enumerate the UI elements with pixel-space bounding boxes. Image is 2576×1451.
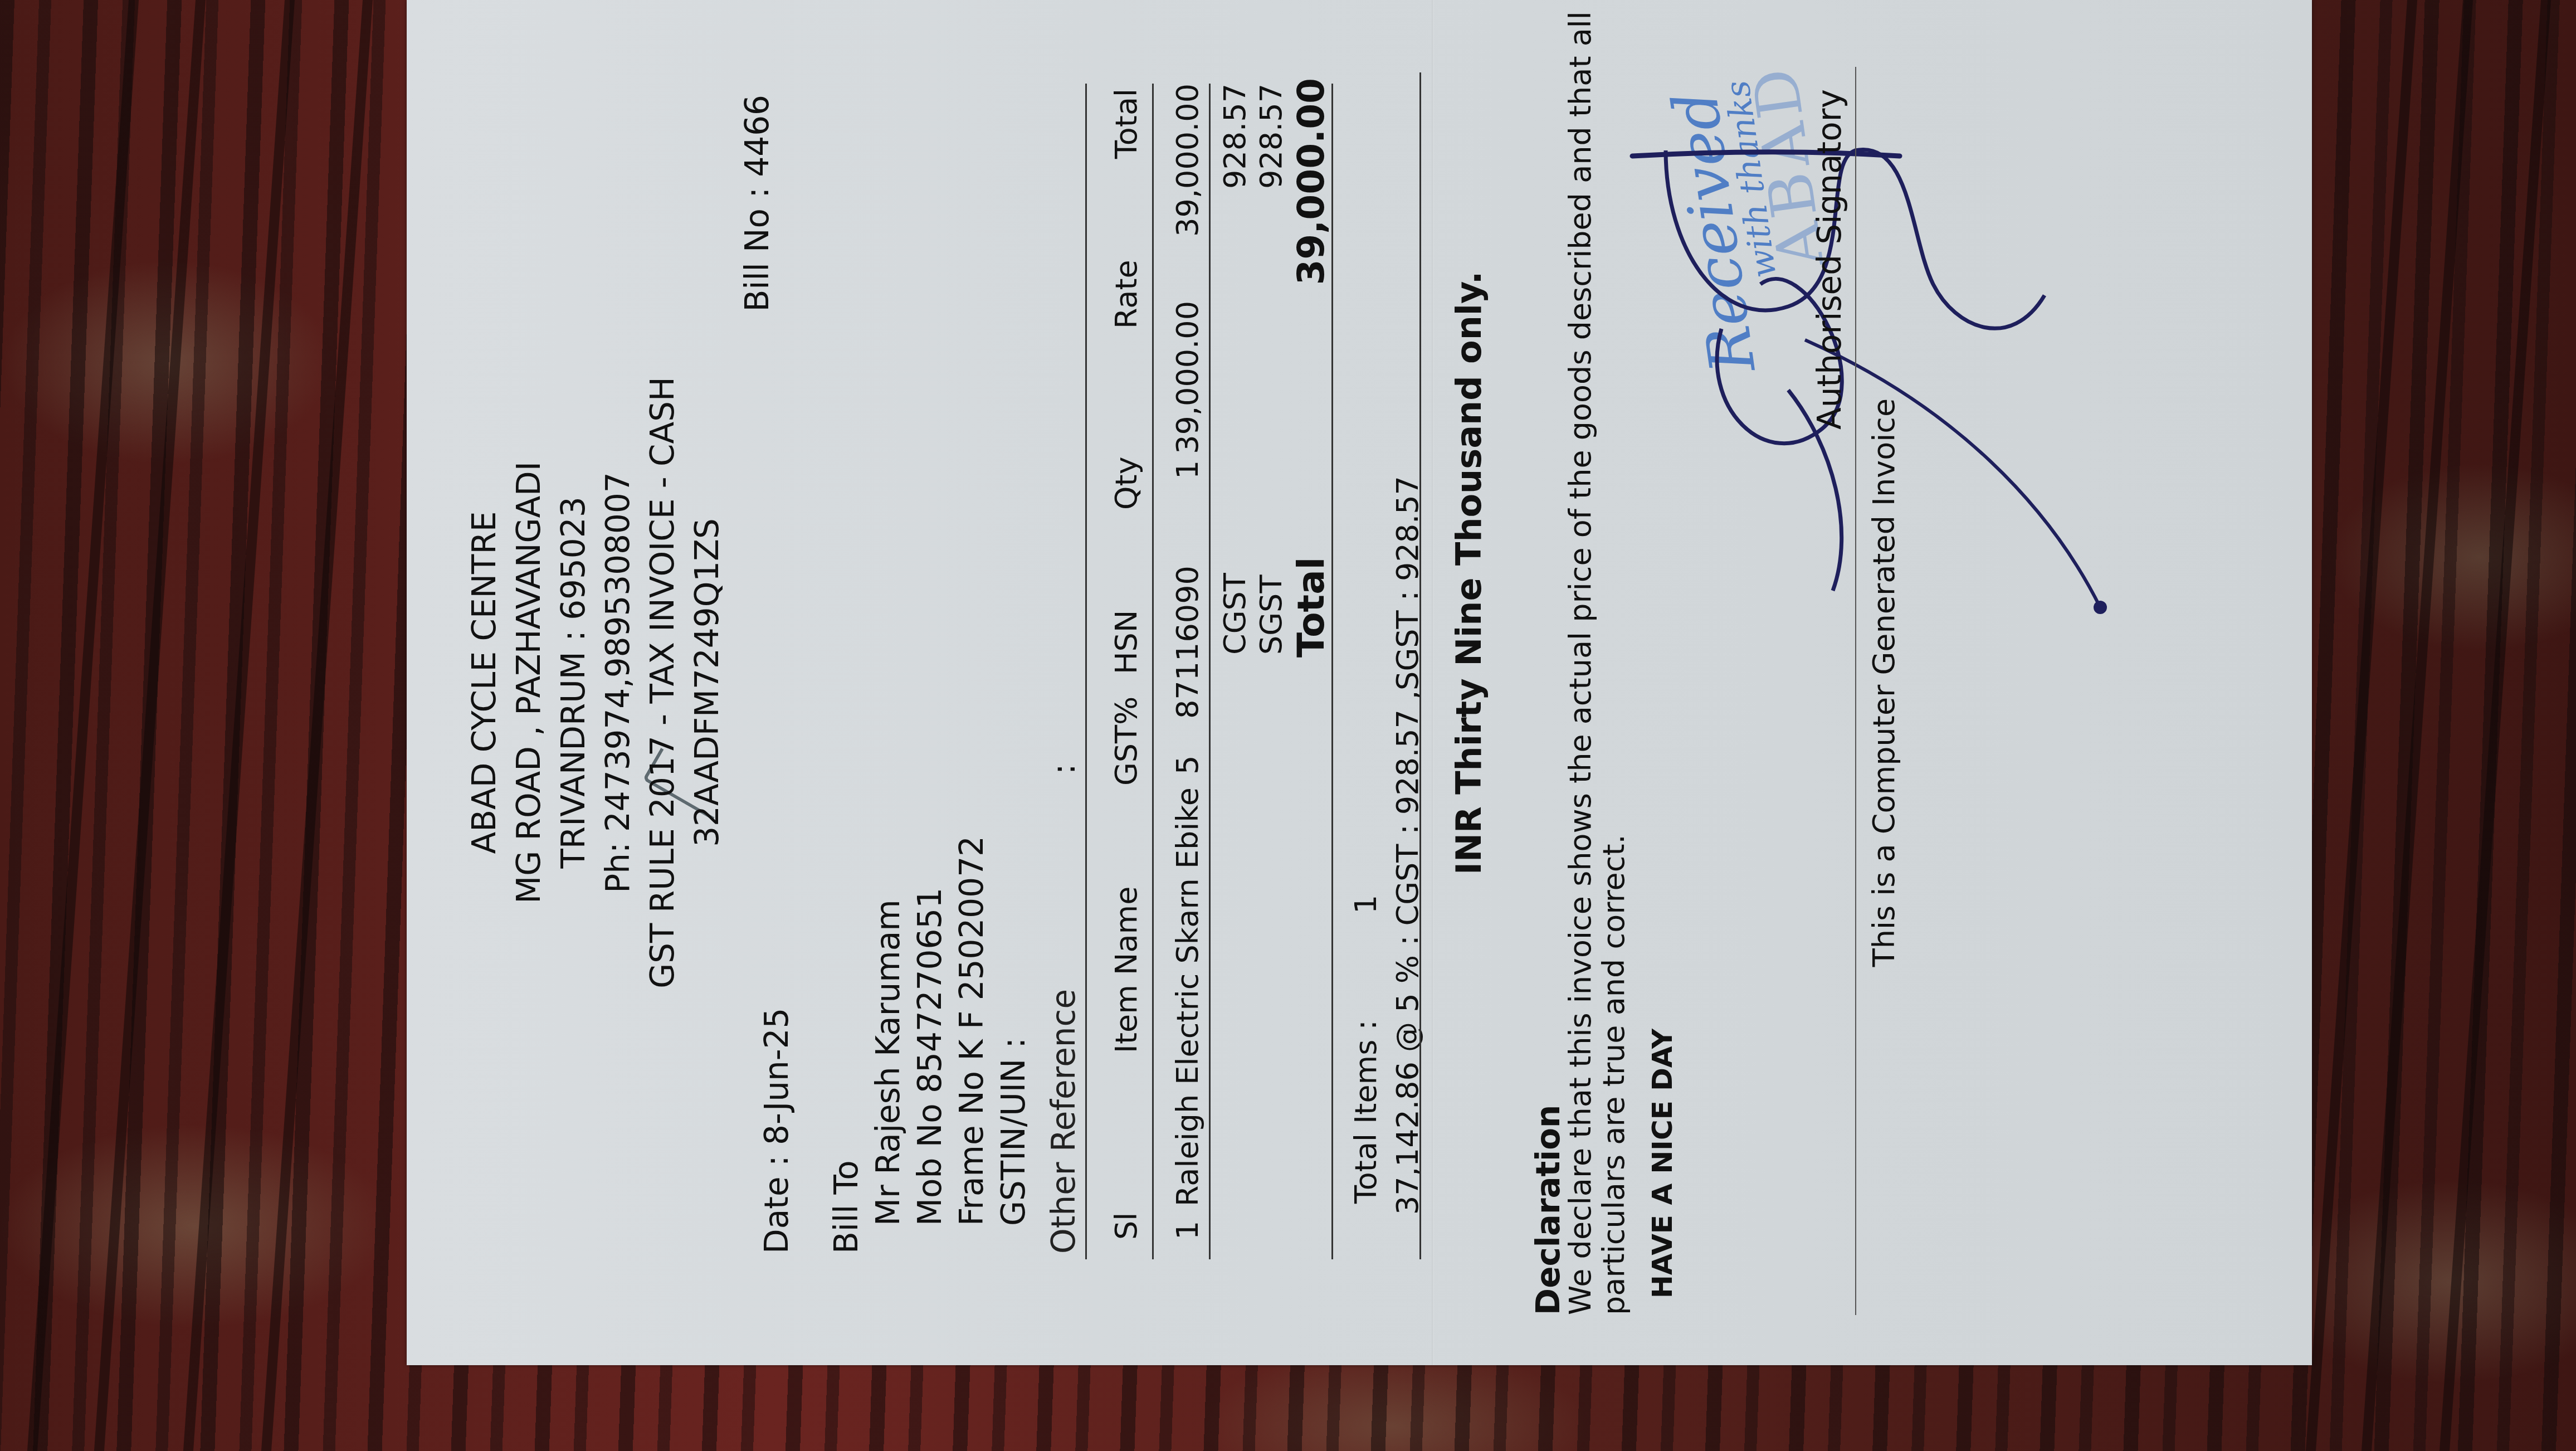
grand-total-value: 39,000.00 <box>1290 78 1333 285</box>
total-items-label: Total Items : <box>1351 1020 1381 1204</box>
column-header-gst: GST% <box>1111 697 1141 786</box>
row-total: 39,000.00 <box>1173 84 1203 237</box>
grand-total-label: Total <box>1290 557 1333 658</box>
fabric-stripe <box>2306 0 2417 1451</box>
total-items-value: 1 <box>1351 895 1381 914</box>
table-top-line <box>1085 84 1087 1259</box>
invoice-type: GST RULE 2017 - TAX INVOICE - CASH <box>646 0 679 1365</box>
fabric-stripe <box>94 0 206 1451</box>
signature-line <box>1855 67 1856 1315</box>
cgst-label: CGST <box>1220 573 1250 655</box>
customer-name: Mr Rajesh Karumam <box>872 899 904 1226</box>
paper-fold <box>1432 0 1434 1365</box>
declaration-line1: We declare that this invoice shows the a… <box>1565 11 1596 1315</box>
sgst-value: 928.57 <box>1256 84 1286 189</box>
shop-name: ABAD CYCLE CENTRE <box>468 0 500 1365</box>
row-hsn: 87116090 <box>1173 566 1203 719</box>
column-header-item-name: Item Name <box>1111 887 1141 1053</box>
row-gst: 5 <box>1173 756 1203 775</box>
tax-summary: 37,142.86 @ 5 % : CGST : 928.57 ,SGST : … <box>1393 476 1423 1215</box>
bill-number: Bill No : 4466 <box>741 95 773 311</box>
shop-address-line2: TRIVANDRUM : 695023 <box>557 0 589 1365</box>
amount-in-words: INR Thirty Nine Thousand only. <box>1448 271 1489 875</box>
column-header-rate: Rate <box>1111 260 1141 329</box>
summary-line <box>1419 72 1421 1259</box>
declaration-line2: particulars are true and correct. <box>1599 834 1629 1315</box>
bill-to-label: Bill To <box>830 1160 862 1254</box>
row-rate: 39,000.00 <box>1173 301 1203 454</box>
column-header-hsn: HSN <box>1111 610 1141 674</box>
customer-gstin: GSTIN/UIN : <box>997 1038 1030 1226</box>
declaration-title: Declaration <box>1529 1105 1567 1315</box>
shop-address-line1: MG ROAD , PAZHAVANGADI <box>513 0 545 1365</box>
sgst-label: SGST <box>1256 575 1286 655</box>
other-reference-label: Other Reference <box>1047 989 1080 1254</box>
cgst-value: 928.57 <box>1220 84 1250 189</box>
row-item-name: Raleigh Electric Skarn Ebike <box>1173 787 1203 1206</box>
frame-number: Frame No K F 25020072 <box>955 836 988 1226</box>
fabric-stripe <box>27 0 139 1451</box>
invoice-paper: ABAD CYCLE CENTRE MG ROAD , PAZHAVANGADI… <box>407 0 2312 1365</box>
invoice-date: Date : 8-Jun-25 <box>760 1008 793 1254</box>
row-qty: 1 <box>1173 460 1203 479</box>
shop-phone: Ph: 2473974,9895308007 <box>602 0 634 1365</box>
customer-mobile: Mob No 8547270651 <box>914 888 946 1226</box>
authorised-signatory: Authorised Signatory <box>1811 89 1848 430</box>
table-item-line <box>1209 84 1211 1259</box>
row-sl: 1 <box>1173 1221 1203 1240</box>
column-header-total: Total <box>1111 89 1141 159</box>
other-reference-value: : <box>1047 763 1080 775</box>
computer-generated-note: This is a Computer Generated Invoice <box>1869 0 1899 1365</box>
greeting: HAVE A NICE DAY <box>1646 1029 1679 1298</box>
table-header-line <box>1152 84 1154 1259</box>
table-bottom-line <box>1331 84 1333 1259</box>
column-header-qty: Qty <box>1111 456 1141 510</box>
shop-gstin: 32AADFM7249Q1ZS <box>691 0 723 1365</box>
column-header-sl: Sl <box>1111 1213 1141 1240</box>
